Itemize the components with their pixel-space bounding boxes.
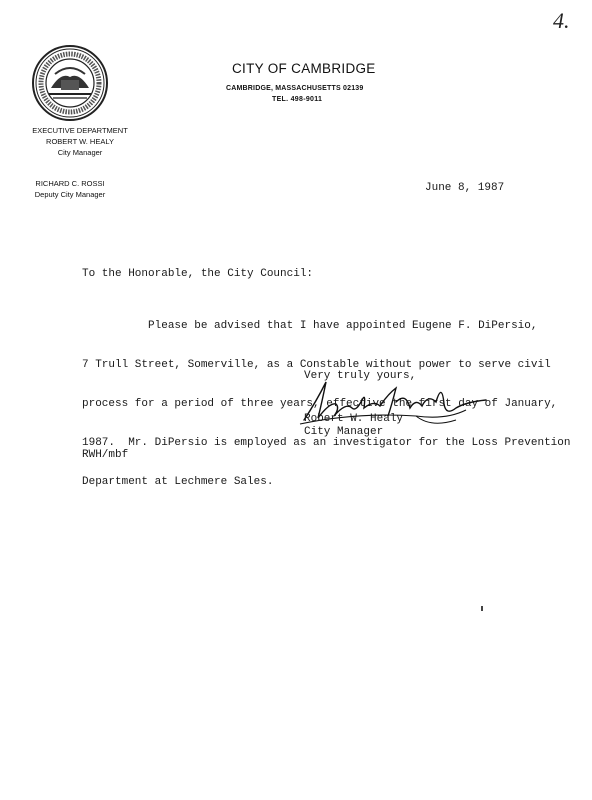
city-manager-name: ROBERT W. HEALY <box>15 136 145 147</box>
letterhead-title: CITY OF CAMBRIDGE <box>232 61 376 76</box>
letter-date: June 8, 1987 <box>425 182 504 195</box>
department-label: EXECUTIVE DEPARTMENT <box>15 125 145 136</box>
city-manager-title: City Manager <box>15 147 145 158</box>
signer-name: Robert W. Healy <box>304 413 403 426</box>
body-line: Department at Lechmere Sales. <box>82 476 570 489</box>
signer-title: City Manager <box>304 426 383 439</box>
executive-department-block: EXECUTIVE DEPARTMENT ROBERT W. HEALY Cit… <box>15 125 145 158</box>
deputy-block: RICHARD C. ROSSI Deputy City Manager <box>5 178 135 200</box>
letterhead-address: CAMBRIDGE, MASSACHUSETTS 02139 <box>226 85 363 92</box>
salutation: To the Honorable, the City Council: <box>82 268 313 281</box>
deputy-name: RICHARD C. ROSSI <box>5 178 135 189</box>
body-line: Please be advised that I have appointed … <box>82 320 570 333</box>
deputy-title: Deputy City Manager <box>5 189 135 200</box>
city-seal-icon <box>31 44 109 122</box>
typist-initials: RWH/mbf <box>82 449 128 462</box>
letterhead-telephone: TEL. 498-9011 <box>272 96 322 103</box>
scan-artifact <box>481 606 483 611</box>
handwritten-page-number: 4. <box>553 8 570 34</box>
